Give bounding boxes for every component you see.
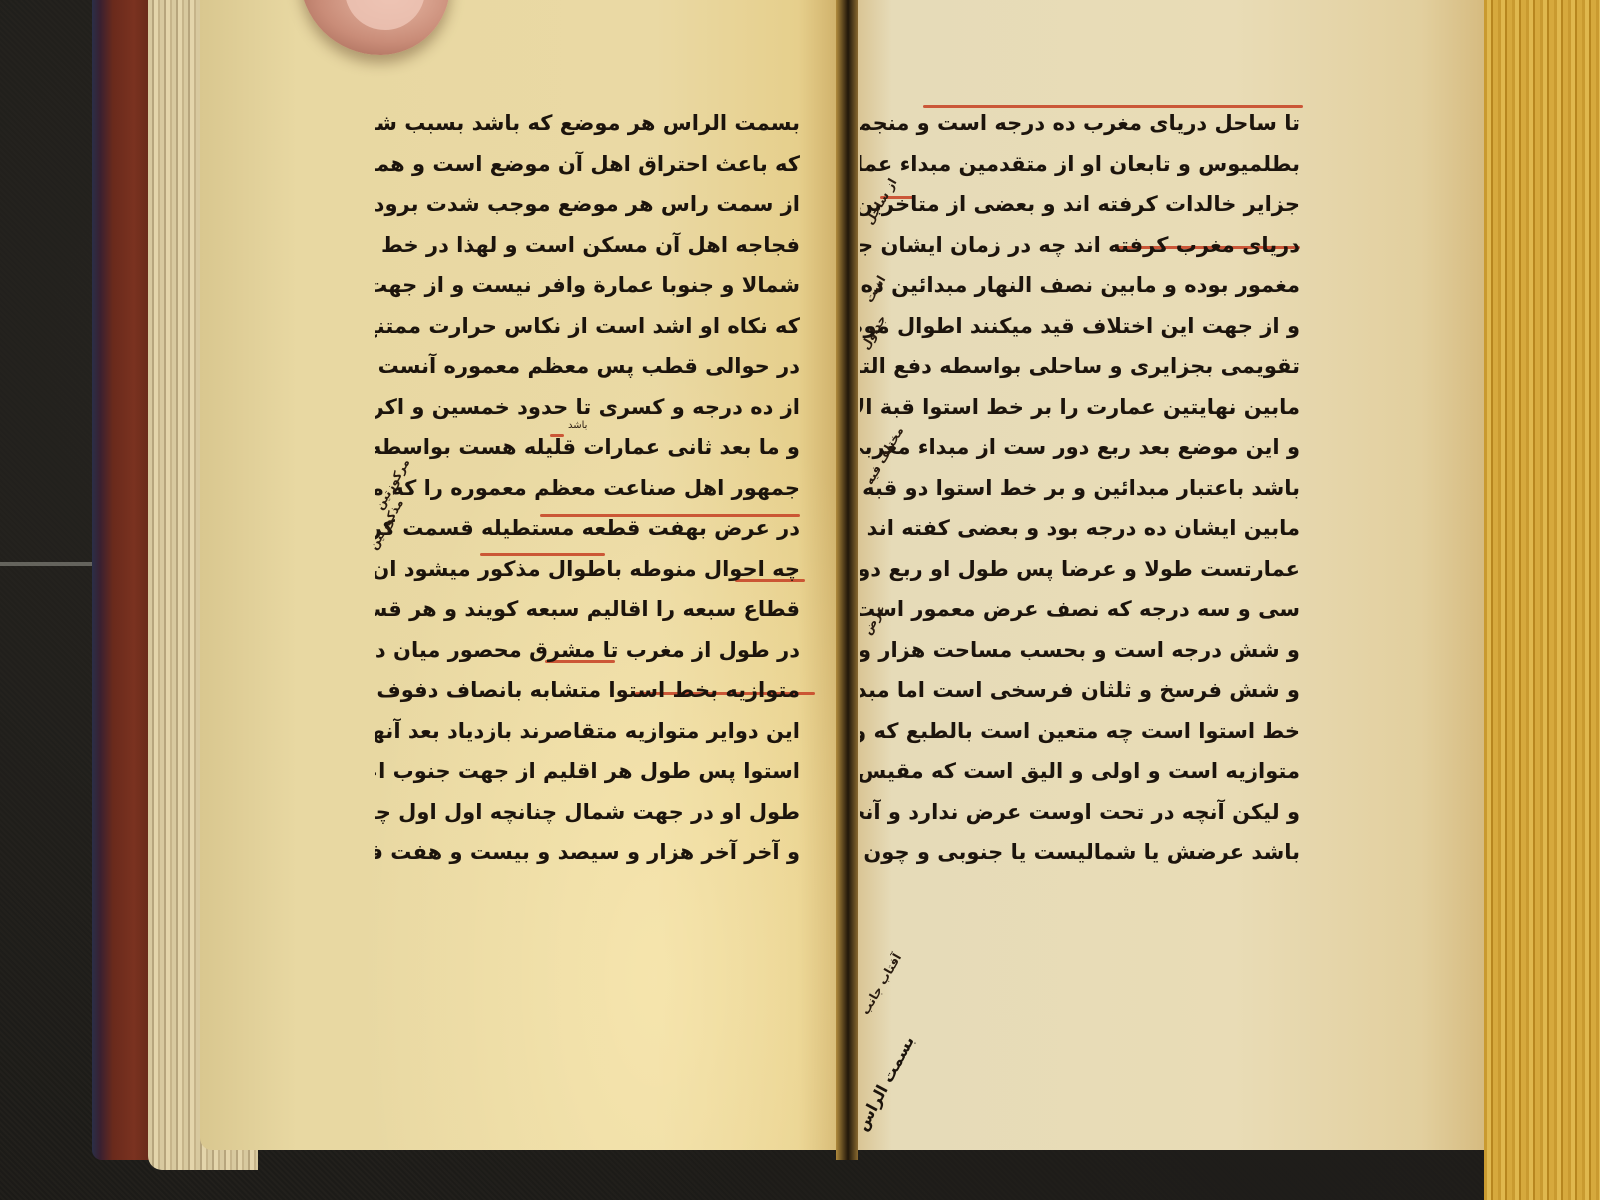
- text-line: متوازیه بخط استوا متشابه بانصاف دفوف و ل…: [375, 670, 800, 711]
- text-line: و آخر آخر هزار و سیصد و بیست و هفت فرسخ …: [375, 832, 800, 873]
- text-line: باشد عرضش یا شمالیست یا جنوبی و چون قرب …: [860, 832, 1300, 873]
- text-line: از ده درجه و کسری تا حدود خمسین و اکرچه …: [375, 387, 800, 428]
- text-line: و این موضع بعد ربع دور ست از مبداء مغربی…: [860, 427, 1300, 468]
- text-line: که باعث احتراق اهل آن موضع است و همچنین …: [375, 144, 800, 185]
- book-gutter: [836, 0, 858, 1160]
- text-line: باشد باعتبار مبدائین و بر خط استوا دو قب…: [860, 468, 1300, 509]
- text-line: که نکاه او اشد است از نکاس حرارت ممتنع ا…: [375, 306, 800, 347]
- text-line: قطاع سبعه را اقالیم سبعه کویند و هر قسمی…: [375, 589, 800, 630]
- interlinear-note: باشد: [568, 420, 587, 431]
- text-line: تا ساحل دریای مغرب ده درجه است و منجمان …: [860, 103, 1300, 144]
- text-line: و از جهت این اختلاف قید میکنند اطوال موض…: [860, 306, 1300, 347]
- text-line: طول او در جهت شمال چنانچه اول اول چهار ه…: [375, 792, 800, 833]
- text-line: مابین نهایتین عمارت را بر خط استوا قبة ا…: [860, 387, 1300, 428]
- text-line: جمهور اهل صناعت معظم معموره را که مابین …: [375, 468, 800, 509]
- text-line: در طول از مغرب تا مشرق محصور میان دو نصف…: [375, 630, 800, 671]
- text-line: عمارتست طولا و عرضا پس طول او ربع دور با…: [860, 549, 1300, 590]
- text-line: متوازیه است و اولی و الیق است که مقیس عل…: [860, 751, 1300, 792]
- text-line: بسمت الراس هر موضع که باشد بسبب شدت حرار…: [375, 103, 800, 144]
- text-line: و شش درجه است و بحسب مساحت هزار و چهار ص…: [860, 630, 1300, 671]
- right-page-text: تا ساحل دریای مغرب ده درجه است و منجمان …: [860, 103, 1300, 873]
- text-line: بطلمیوس و تابعان او از متقدمین مبداء عما…: [860, 144, 1300, 185]
- text-line: دریای مغرب کرفته اند چه در زمان ایشان جز…: [860, 225, 1300, 266]
- text-line: تقویمی بجزایری و ساحلی بواسطه دفع التباس…: [860, 346, 1300, 387]
- text-line: و شش فرسخ و ثلثان فرسخی است اما مبداء عر…: [860, 670, 1300, 711]
- text-line: و لیکن آنچه در تحت اوست عرض ندارد و آنچه…: [860, 792, 1300, 833]
- text-line: جزایر خالدات کرفته اند و بعضی از متاخرین…: [860, 184, 1300, 225]
- text-line: سی و سه درجه که نصف عرض معمور است که آن …: [860, 589, 1300, 630]
- text-line: مغمور بوده و مابین نصف النهار مبدائین ده…: [860, 265, 1300, 306]
- text-line: فجاجه اهل آن مسکن است و لهذا در خط استوا…: [375, 225, 800, 266]
- fore-edge-right: [1484, 0, 1600, 1200]
- text-line: این دوایر متوازیه متقاصرند بازدیاد بعد آ…: [375, 711, 800, 752]
- text-line: در عرض بهفت قطعه مستطیله قسمت کرده اند ن…: [375, 508, 800, 549]
- text-line: در حوالی قطب پس معظم معموره آنست که از ش…: [375, 346, 800, 387]
- text-line: شمالا و جنوبا عمارة وافر نیست و از جهت ش…: [375, 265, 800, 306]
- text-line: و ما بعد ثانی عمارات قلیله هست بواسطه وج…: [375, 427, 800, 468]
- text-line: مابین ایشان ده درجه بود و بعضی کفته اند …: [860, 508, 1300, 549]
- left-page-text: بسمت الراس هر موضع که باشد بسبب شدت حرار…: [375, 103, 800, 873]
- text-line: از سمت راس هر موضع موجب شدت برودتست که ب…: [375, 184, 800, 225]
- text-line: استوا پس طول هر اقلیم از جهت جنوب اعظم ب…: [375, 751, 800, 792]
- text-line: چه احوال منوطه باطوال مذکور میشود ان شاء…: [375, 549, 800, 590]
- text-line: خط استوا است چه متعین است بالطبع که وسط …: [860, 711, 1300, 752]
